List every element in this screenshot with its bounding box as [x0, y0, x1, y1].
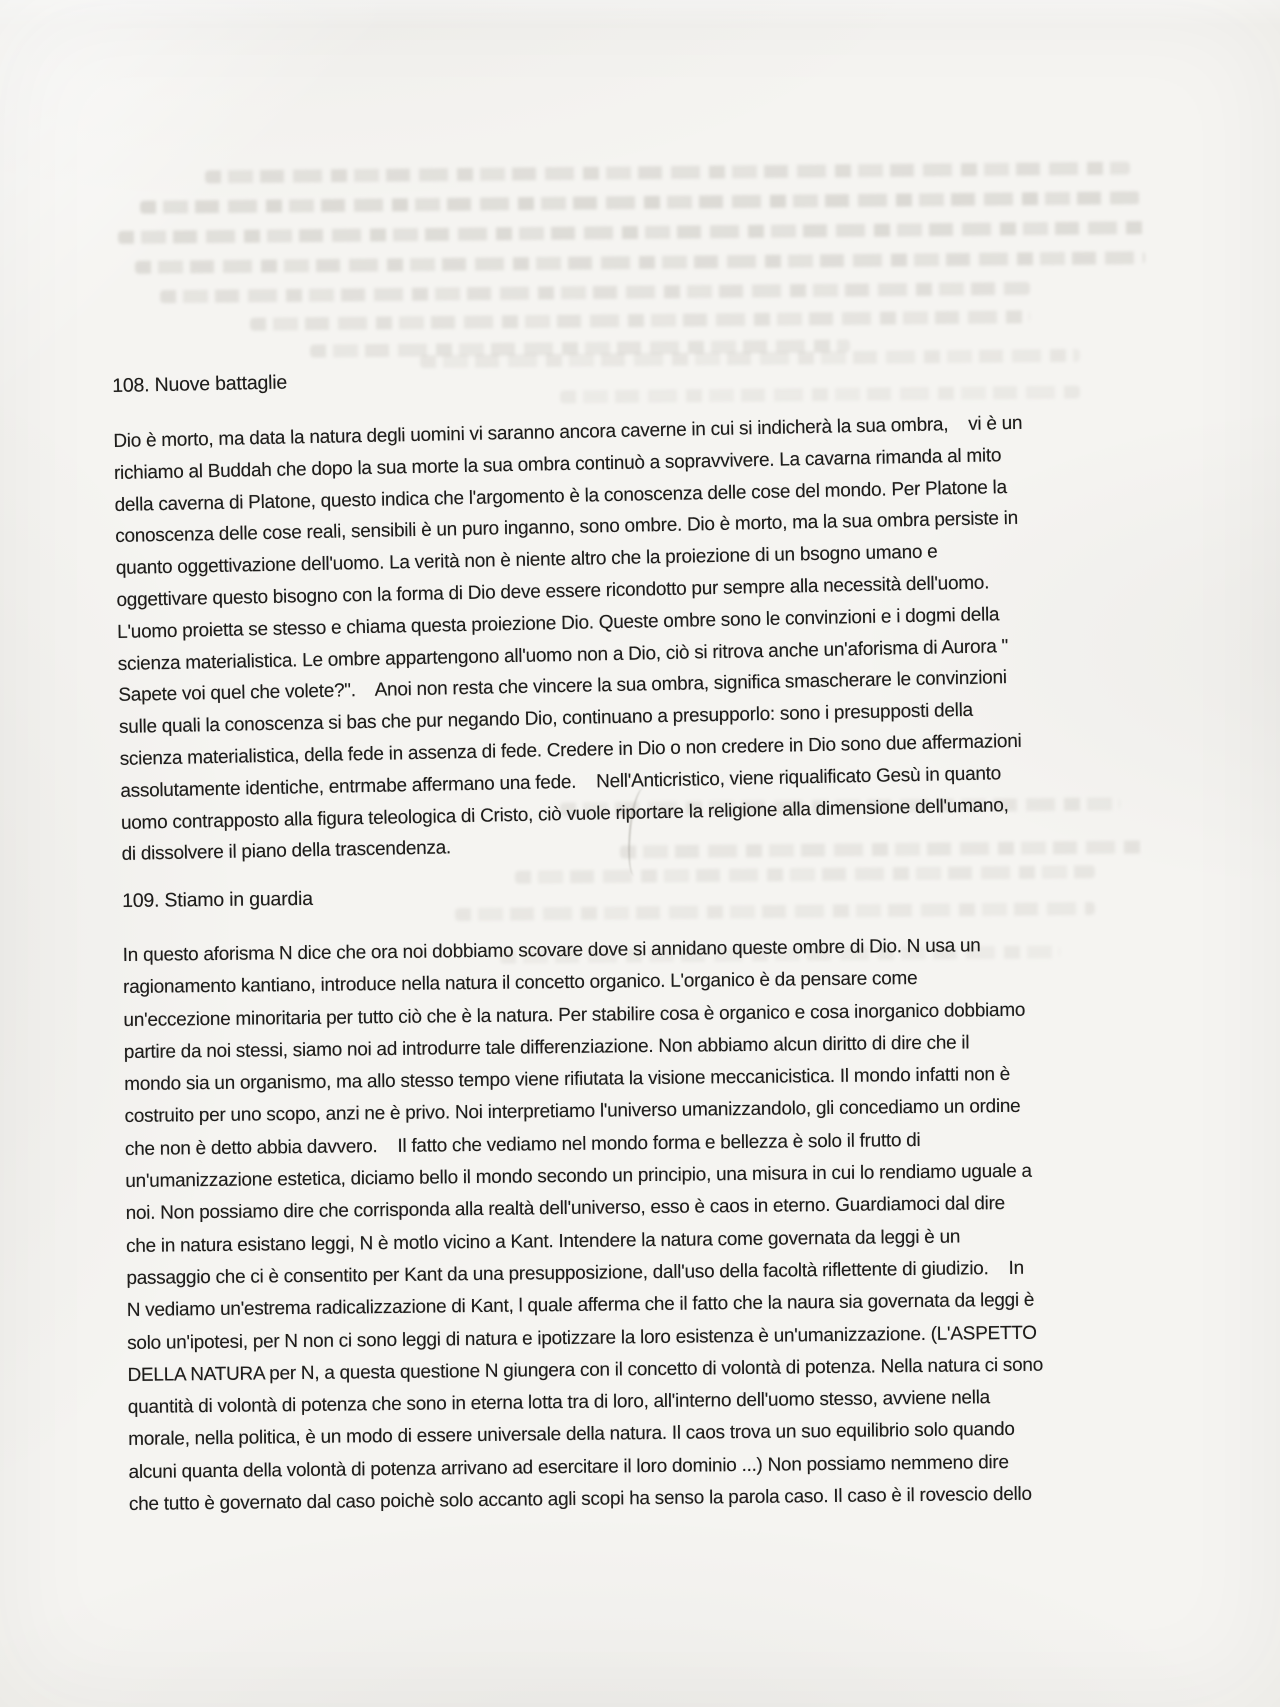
paragraph-109: In questo aforisma N dice che ora noi do… [123, 929, 1140, 1522]
aphorism-heading-109: 109. Stiamo in guardia [122, 879, 1132, 912]
bleedthrough-text-line [140, 191, 1140, 214]
bleedthrough-text-line [118, 221, 1148, 244]
scanned-page: 108. Nuove battaglie Dio è morto, ma dat… [0, 0, 1280, 1707]
section-109: 109. Stiamo in guardia In questo aforism… [122, 879, 1139, 1522]
bleedthrough-text-line [250, 310, 1030, 330]
section-108: 108. Nuove battaglie Dio è morto, ma dat… [112, 355, 1132, 871]
bleedthrough-text-line [160, 282, 1030, 303]
paragraph-108: Dio è morto, ma data la natura degli uom… [113, 406, 1132, 871]
bleedthrough-text-line [135, 251, 1145, 274]
bleedthrough-text-line [205, 162, 1130, 184]
